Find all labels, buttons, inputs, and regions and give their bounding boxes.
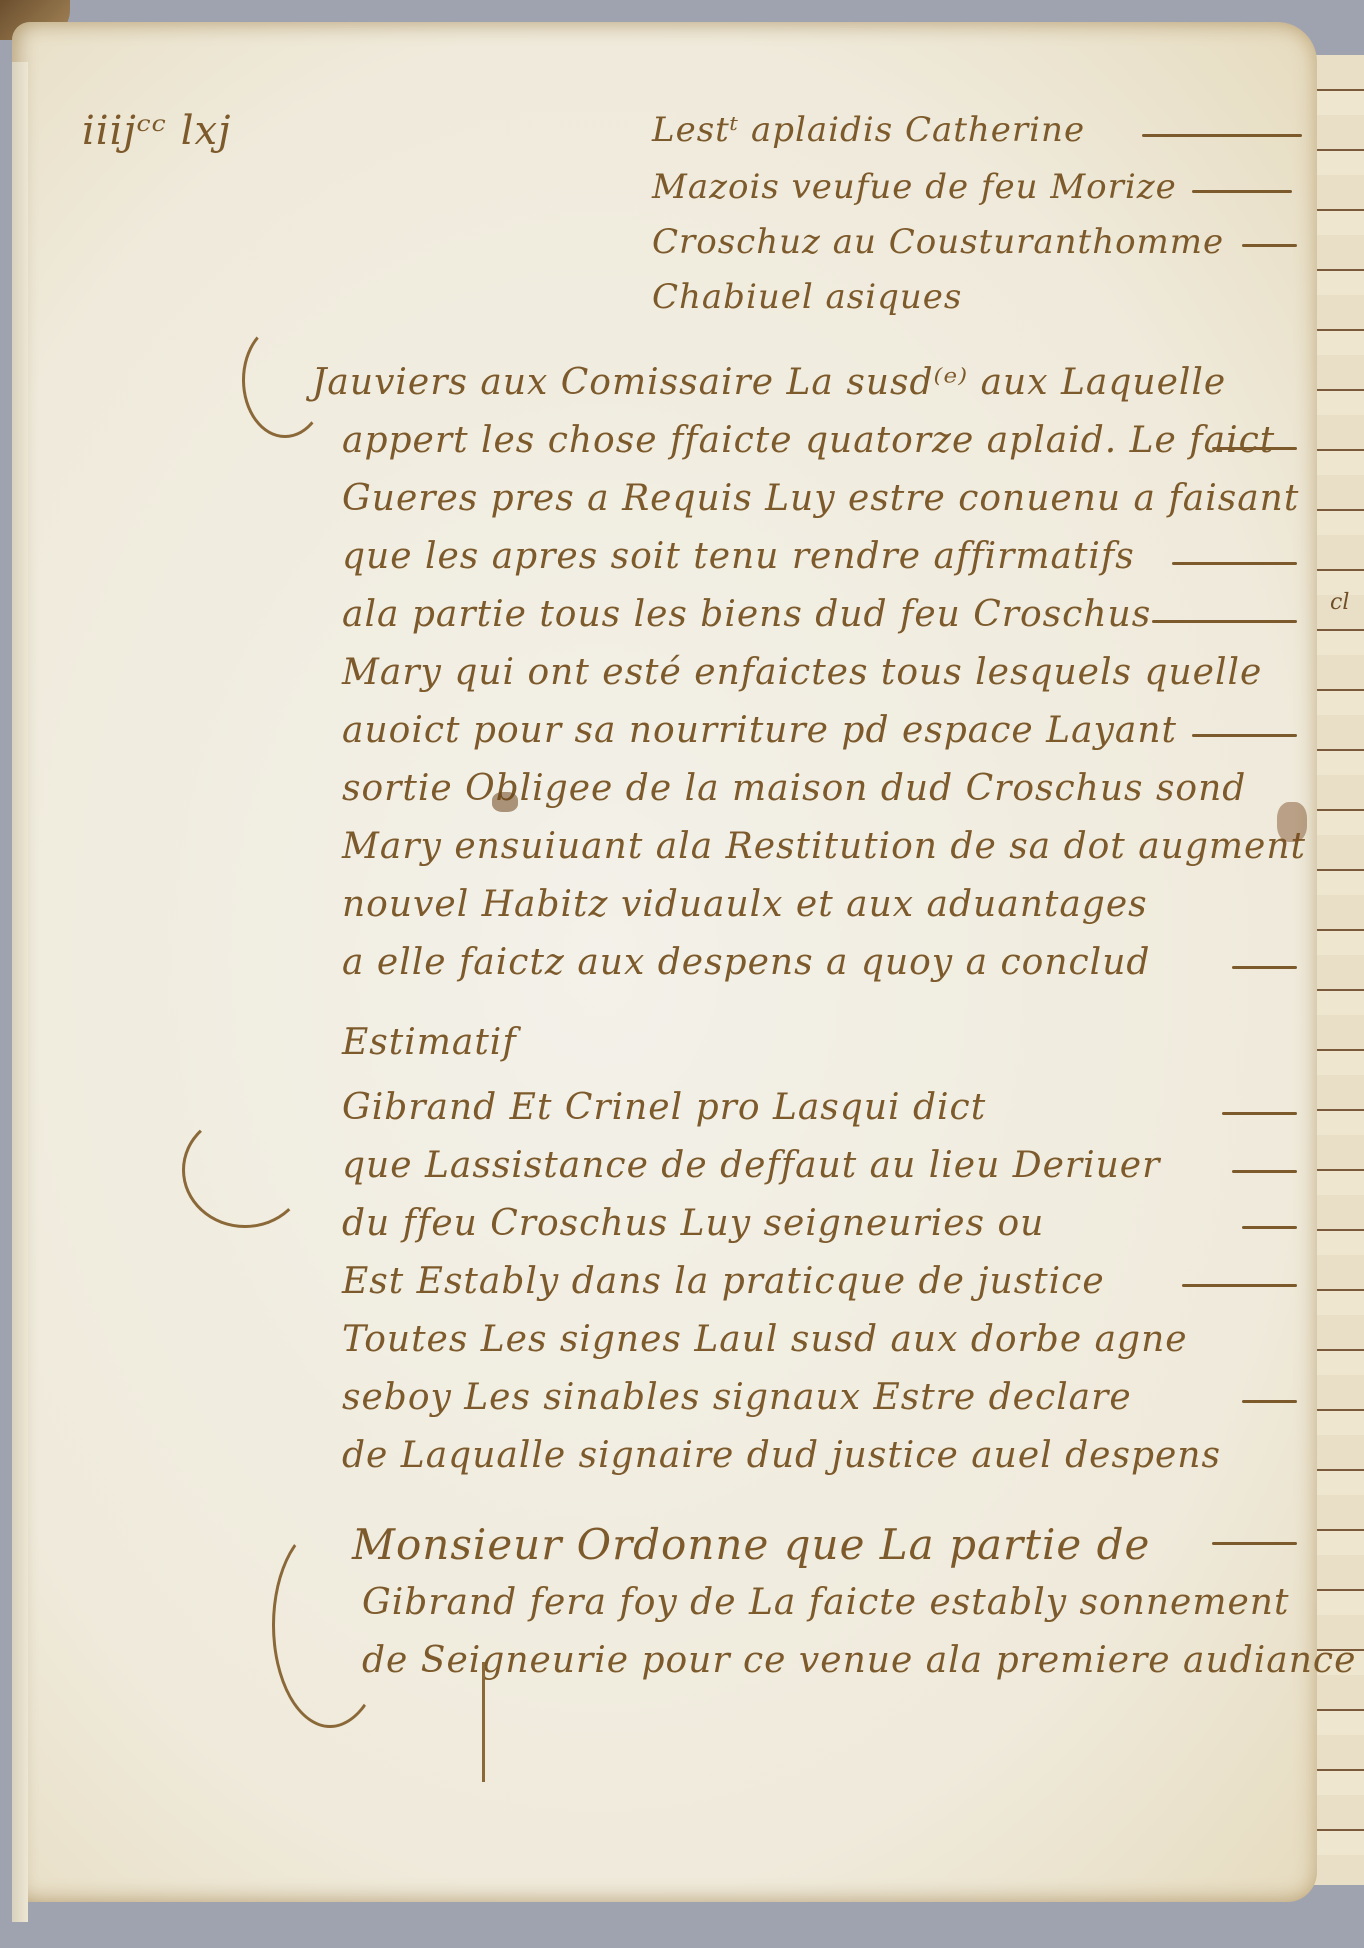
body-line: ala partie tous les biens dud feu Crosch… [342, 594, 1151, 635]
body-line: de Laqualle signaire dud justice auel de… [342, 1435, 1221, 1476]
heading-line-2: Mazois veufue de feu Morize [652, 167, 1177, 207]
line-filler [1212, 447, 1297, 450]
body-line: seboy Les sinables signaux Estre declare [342, 1377, 1132, 1418]
body-line: auoict pour sa nourriture pd espace Laya… [342, 710, 1177, 751]
body-line: que les apres soit tenu rendre affirmati… [342, 536, 1135, 577]
line-filler [1222, 1112, 1297, 1115]
line-filler [1212, 1542, 1297, 1545]
body-line: Gibrand fera foy de La faicte estably so… [362, 1582, 1289, 1623]
line-filler [1232, 966, 1297, 969]
body-line: Mary ensuiuant ala Restitution de sa dot… [342, 826, 1306, 867]
body-line: que Lassistance de deffaut au lieu Deriu… [342, 1145, 1160, 1186]
body-line: du ffeu Croschus Luy seigneuries ou [342, 1203, 1044, 1244]
line-filler [1232, 1170, 1297, 1173]
body-line: a elle faictz aux despens a quoy a concl… [342, 942, 1150, 983]
body-line: Toutes Les signes Laul susd aux dorbe ag… [342, 1319, 1188, 1360]
body-line: Estimatif [342, 1022, 517, 1063]
line-filler [1242, 1400, 1297, 1403]
body-line: Mary qui ont esté enfaictes tous lesquel… [342, 652, 1262, 693]
line-filler [1172, 562, 1297, 565]
line-filler [1242, 244, 1297, 247]
heading-line-1: Lestᵗ aplaidis Catherine [652, 110, 1085, 150]
body-line: Gibrand Et Crinel pro Lasqui dict [342, 1087, 986, 1128]
line-filler [1192, 734, 1297, 737]
margin-mark: cl [1330, 590, 1349, 615]
body-line: Jauviers aux Comissaire La susd⁽ᵉ⁾ aux L… [312, 362, 1226, 403]
paper-stain [1277, 802, 1307, 842]
line-filler [1142, 134, 1302, 137]
folio-number: iiijᶜᶜ lxj [82, 108, 231, 154]
body-line: sortie Obligee de la maison dud Croschus… [342, 768, 1246, 809]
descender-stroke [482, 1662, 485, 1782]
body-line: de Seigneurie pour ce venue ala premiere… [362, 1640, 1356, 1681]
initial-flourish-g [182, 1112, 308, 1228]
heading-line-4: Chabiuel asiques [652, 277, 962, 317]
ink-blot [492, 792, 518, 812]
line-filler [1152, 620, 1297, 623]
body-line: Gueres pres a Requis Luy estre conuenu a… [342, 478, 1299, 519]
body-line: nouvel Habitz viduaulx et aux aduantages [342, 884, 1148, 925]
line-filler [1192, 190, 1292, 193]
line-filler [1242, 1226, 1297, 1229]
manuscript-page: iiijᶜᶜ lxj Lestᵗ aplaidis Catherine Mazo… [12, 22, 1317, 1902]
gutter-edge [12, 62, 28, 1922]
body-line: Monsieur Ordonne que La partie de [352, 1520, 1150, 1569]
heading-line-3: Croschuz au Cousturanthomme [652, 222, 1224, 262]
body-line: Est Estably dans la praticque de justice [342, 1261, 1105, 1302]
body-line: appert les chose ffaicte quatorze aplaid… [342, 420, 1275, 461]
line-filler [1182, 1284, 1297, 1287]
